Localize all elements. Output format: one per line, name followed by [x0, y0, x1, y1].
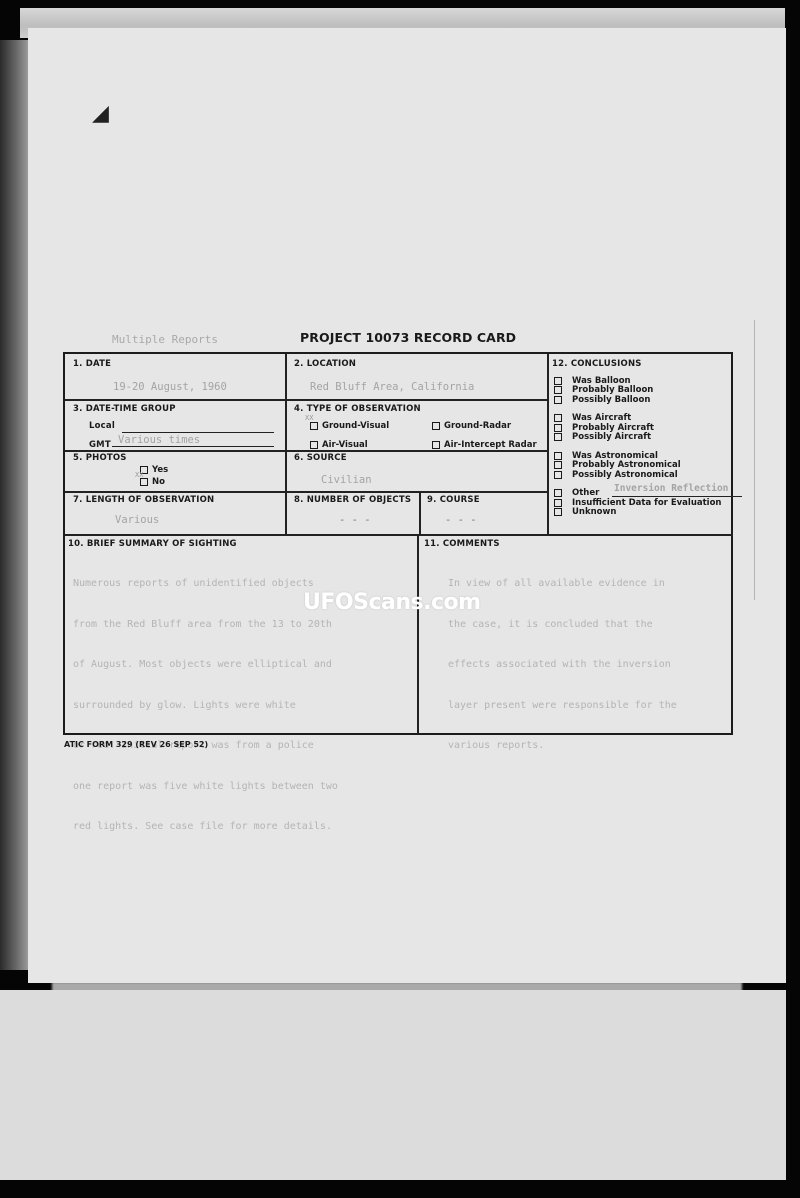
- conclusion-probably-balloon[interactable]: Probably Balloon: [554, 386, 722, 396]
- form-footer: ATIC FORM 329 (REV 26 SEP 52): [64, 740, 208, 749]
- summary-line: red lights. See case file for more detai…: [73, 820, 338, 834]
- summary-label: 10. BRIEF SUMMARY OF SIGHTING: [68, 539, 237, 549]
- divider: [65, 399, 547, 401]
- checkbox-icon: [554, 424, 562, 432]
- option-label: Air-Intercept Radar: [444, 440, 537, 450]
- summary-line: Numerous reports of unidentified objects: [73, 577, 338, 591]
- record-card: 1. DATE 19-20 August, 1960 2. LOCATION R…: [63, 352, 733, 735]
- conclusions-label: 12. CONCLUSIONS: [552, 359, 642, 369]
- fold-line: [754, 320, 755, 600]
- photos-label: 5. PHOTOS: [73, 453, 127, 463]
- other-value: Inversion Reflection: [614, 483, 728, 494]
- option-air-visual[interactable]: Air-Visual: [310, 440, 368, 450]
- conclusion-was-aircraft[interactable]: Was Aircraft: [554, 414, 722, 424]
- scan-left-edge: [0, 40, 28, 970]
- gmt-time-field: Various times: [112, 434, 274, 447]
- conclusion-possibly-astronomical[interactable]: Possibly Astronomical: [554, 470, 722, 480]
- comments-line: various reports.: [448, 739, 677, 753]
- source-label: 6. SOURCE: [294, 453, 347, 463]
- checkbox-icon: [310, 441, 318, 449]
- checkbox-icon: [554, 386, 562, 394]
- type-of-observation-label: 4. TYPE OF OBSERVATION: [294, 404, 421, 414]
- conclusion-possibly-aircraft[interactable]: Possibly Aircraft: [554, 433, 722, 443]
- checkbox-icon: [554, 414, 562, 422]
- summary-text: Numerous reports of unidentified objects…: [73, 550, 338, 861]
- checkbox-icon: [554, 499, 562, 507]
- option-ground-radar[interactable]: Ground-Radar: [432, 421, 511, 431]
- option-ground-visual[interactable]: Ground-Visual: [310, 421, 389, 431]
- number-of-objects-label: 8. NUMBER OF OBJECTS: [294, 495, 411, 505]
- checkbox-icon: [554, 489, 562, 497]
- divider: [65, 450, 547, 452]
- number-of-objects-value: - - -: [339, 514, 371, 526]
- checkbox-icon: [140, 478, 148, 486]
- divider: [419, 491, 421, 534]
- date-value: 19-20 August, 1960: [113, 381, 227, 393]
- checkbox-icon: [432, 441, 440, 449]
- summary-line: one report was five white lights between…: [73, 780, 338, 794]
- divider: [65, 534, 733, 536]
- conclusion-unknown[interactable]: Unknown: [554, 508, 722, 518]
- card-title: PROJECT 10073 RECORD CARD: [300, 330, 516, 345]
- checkbox-icon: [554, 396, 562, 404]
- comments-label: 11. COMMENTS: [424, 539, 500, 549]
- conclusion-insufficient-data[interactable]: Insufficient Data for Evaluation: [554, 498, 722, 508]
- scan-bottom-edge: [0, 1180, 800, 1198]
- watermark: UFOScans.com: [303, 590, 481, 615]
- checkbox-icon: [432, 422, 440, 430]
- checkbox-icon: [554, 508, 562, 516]
- other-field: Inversion Reflection: [612, 485, 742, 497]
- option-photos-no[interactable]: No: [140, 477, 165, 487]
- checkbox-icon: [554, 471, 562, 479]
- checkbox-icon: [554, 461, 562, 469]
- conclusion-was-balloon[interactable]: Was Balloon: [554, 376, 722, 386]
- divider: [65, 491, 547, 493]
- summary-line: of August. Most objects were elliptical …: [73, 658, 338, 672]
- course-value: - - -: [445, 514, 477, 526]
- checkbox-icon: [310, 422, 318, 430]
- length-of-observation-label: 7. LENGTH OF OBSERVATION: [73, 495, 214, 505]
- option-label: Ground-Visual: [322, 421, 389, 431]
- length-of-observation-value: Various: [115, 514, 159, 526]
- option-label: Ground-Radar: [444, 421, 511, 431]
- checkbox-icon: [554, 452, 562, 460]
- date-time-group-label: 3. DATE-TIME GROUP: [73, 404, 176, 414]
- conclusion-was-astronomical[interactable]: Was Astronomical: [554, 451, 722, 461]
- source-value: Civilian: [321, 474, 372, 486]
- summary-line: surrounded by glow. Lights were white: [73, 699, 338, 713]
- checkbox-icon: [554, 433, 562, 441]
- comments-line: effects associated with the inversion: [448, 658, 677, 672]
- comments-line: layer present were responsible for the: [448, 699, 677, 713]
- location-value: Red Bluff Area, California: [310, 381, 474, 393]
- divider: [417, 534, 419, 734]
- conclusion-probably-aircraft[interactable]: Probably Aircraft: [554, 423, 722, 433]
- summary-line: from the Red Bluff area from the 13 to 2…: [73, 618, 338, 632]
- conclusion-other[interactable]: Other Inversion Reflection: [554, 489, 722, 499]
- option-label: No: [152, 477, 165, 487]
- conclusions-section: 12. CONCLUSIONS Was Balloon Probably Bal…: [549, 354, 733, 534]
- gmt-time-value: Various times: [118, 434, 200, 446]
- comments-text: In view of all available evidence in the…: [448, 550, 677, 780]
- conclusion-possibly-balloon[interactable]: Possibly Balloon: [554, 395, 722, 405]
- divider: [285, 354, 287, 534]
- comments-line: In view of all available evidence in: [448, 577, 677, 591]
- option-air-intercept-radar[interactable]: Air-Intercept Radar: [432, 440, 537, 450]
- option-label: Yes: [152, 465, 168, 475]
- checkbox-icon: [554, 377, 562, 385]
- conclusions-list: Was Balloon Probably Balloon Possibly Ba…: [554, 376, 722, 517]
- local-time-field: [122, 420, 274, 433]
- location-label: 2. LOCATION: [294, 359, 356, 369]
- header-annotation: Multiple Reports: [112, 333, 218, 346]
- back-sheet: [0, 990, 786, 1180]
- punch-hole-mark: ◢: [92, 100, 104, 128]
- option-label: Air-Visual: [322, 440, 368, 450]
- comments-line: the case, it is concluded that the: [448, 618, 677, 632]
- option-photos-yes[interactable]: Yes: [140, 465, 168, 475]
- gmt-label: GMT: [89, 440, 111, 450]
- date-label: 1. DATE: [73, 359, 111, 369]
- course-label: 9. COURSE: [427, 495, 480, 505]
- local-label: Local: [89, 421, 115, 431]
- conclusion-probably-astronomical[interactable]: Probably Astronomical: [554, 461, 722, 471]
